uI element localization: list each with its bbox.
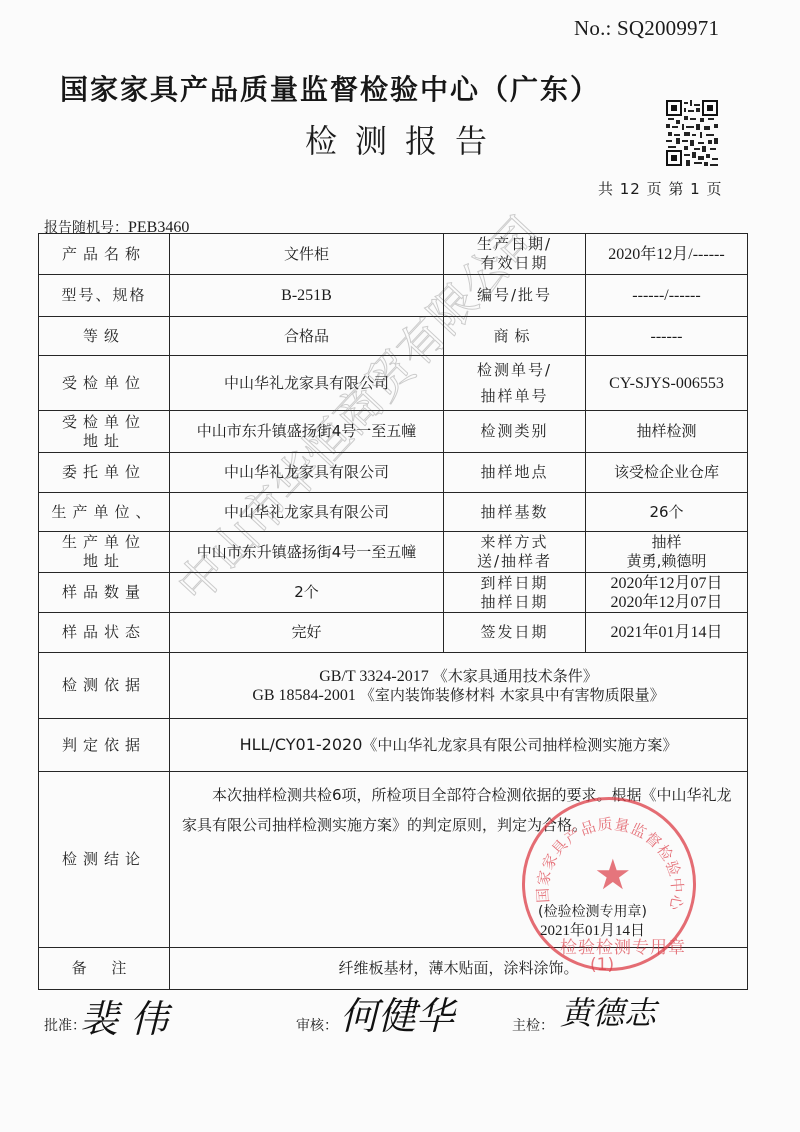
label-production-date: 生产日期/ 有效日期 [444,234,586,275]
label-grade: 等级 [39,317,170,356]
value-product-name: 文件柜 [170,234,444,275]
value-producer-address: 中山市东升镇盛扬街4号一至五幢 [170,532,444,573]
label-model: 型号、规格 [39,275,170,317]
value-client: 中山华礼龙家具有限公司 [170,453,444,493]
label-inspected-address: 受检单位 地址 [39,411,170,453]
page-info: 共 12 页 第 1 页 [598,178,722,199]
value-trademark: ------ [586,317,748,356]
value-sampling-method-type: 抽样 [590,533,743,552]
label-test-no: 检测单号/ 抽样单号 [444,356,586,411]
label-producer-address: 生产单位 地址 [39,532,170,573]
report-number: No.: SQ2009971 [574,16,719,41]
value-production-date: 2020年12月/------ [586,234,748,275]
label-sampling-date: 抽样日期 [448,593,581,612]
qr-code-icon [666,100,718,166]
value-issue-date: 2021年01月14日 [586,613,748,653]
label-sampling-method-line1: 来样方式 [448,533,581,552]
label-remarks: 备 注 [39,948,170,990]
value-arrival-date: 2020年12月07日 [590,574,743,593]
seal-star-icon: ★ [594,850,632,899]
chief-signature: 黄德志 [560,988,656,1034]
test-basis-code: GB/T 3324-2017 [319,668,428,685]
row-grade: 等级 合格品 商标 ------ [39,317,748,356]
value-sampling-method: 抽样 黄勇,赖德明 [586,532,748,573]
value-test-type: 抽样检测 [586,411,748,453]
seal-number: (1) [590,955,614,975]
chief-label: 主检： [512,1015,554,1035]
label-inspected-unit: 受检单位 [39,356,170,411]
value-test-basis: GB/T 3324-2017 《木家具通用技术条件》 GB 18584-2001… [170,653,748,719]
report-number-value: SQ2009971 [617,16,719,40]
label-production-date-line1: 生产日期/ [448,235,581,254]
label-product-name: 产品名称 [39,234,170,275]
label-judgment-basis: 判定依据 [39,719,170,772]
label-test-no-line1: 检测单号/ [448,357,581,383]
label-sampling-method: 来样方式 送/抽样者 [444,532,586,573]
label-issue-date: 签发日期 [444,613,586,653]
value-samplers: 黄勇,赖德明 [590,552,743,571]
report-number-label: No.: [574,16,612,40]
test-basis-title: 《室内装饰装修材料 木家具中有害物质限量》 [360,686,665,704]
value-sample-base: 26个 [586,493,748,532]
test-basis-item: GB 18584-2001 《室内装饰装修材料 木家具中有害物质限量》 [174,686,743,705]
label-sample-state: 样品状态 [39,613,170,653]
label-production-date-line2: 有效日期 [448,254,581,273]
row-judgment-basis: 判定依据 HLL/CY01-2020《中山华礼龙家具有限公司抽样检测实施方案》 [39,719,748,772]
label-producer: 生产单位、 [39,493,170,532]
value-judgment-basis: HLL/CY01-2020《中山华礼龙家具有限公司抽样检测实施方案》 [170,719,748,772]
value-model: B-251B [170,275,444,317]
row-producer: 生产单位、 中山华礼龙家具有限公司 抽样基数 26个 [39,493,748,532]
row-sample-state: 样品状态 完好 签发日期 2021年01月14日 [39,613,748,653]
row-product-name: 产品名称 文件柜 生产日期/ 有效日期 2020年12月/------ [39,234,748,275]
value-test-no: CY-SJYS-006553 [586,356,748,411]
row-inspected-unit: 受检单位 中山华礼龙家具有限公司 检测单号/ 抽样单号 CY-SJYS-0065… [39,356,748,411]
value-sampling-date: 2020年12月07日 [590,593,743,612]
row-sample-qty: 样品数量 2个 到样日期 抽样日期 2020年12月07日 2020年12月07… [39,573,748,613]
row-inspected-address: 受检单位 地址 中山市东升镇盛扬街4号一至五幢 检测类别 抽样检测 [39,411,748,453]
value-arrival-sampling-date: 2020年12月07日 2020年12月07日 [586,573,748,613]
test-basis-item: GB/T 3324-2017 《木家具通用技术条件》 [174,667,743,686]
label-sampling-place: 抽样地点 [444,453,586,493]
label-serial: 编号/批号 [444,275,586,317]
value-inspected-unit: 中山华礼龙家具有限公司 [170,356,444,411]
row-model: 型号、规格 B-251B 编号/批号 ------/------ [39,275,748,317]
label-producer-address-line1: 生产单位 [43,533,165,552]
approve-signature: 裴 伟 [80,988,168,1043]
test-basis-code: GB 18584-2001 [252,687,356,704]
label-producer-address-line2: 地址 [43,552,165,571]
seal-caption-label: (检验检测专用章) [538,903,647,922]
seal-caption: (检验检测专用章) 2021年01月14日 [538,903,647,941]
value-sampling-place: 该受检企业仓库 [586,453,748,493]
label-test-no-line2: 抽样单号 [448,383,581,409]
value-grade: 合格品 [170,317,444,356]
seal-date: 2021年01月14日 [538,922,647,941]
label-test-type: 检测类别 [444,411,586,453]
value-inspected-address: 中山市东升镇盛扬街4号一至五幢 [170,411,444,453]
label-sample-base: 抽样基数 [444,493,586,532]
judgment-basis-code: HLL/CY01-2020 [240,735,363,754]
value-sample-state: 完好 [170,613,444,653]
label-inspected-address-line1: 受检单位 [43,413,165,432]
label-trademark: 商标 [444,317,586,356]
row-test-basis: 检测依据 GB/T 3324-2017 《木家具通用技术条件》 GB 18584… [39,653,748,719]
test-basis-title: 《木家具通用技术条件》 [433,667,598,685]
value-producer: 中山华礼龙家具有限公司 [170,493,444,532]
value-sample-qty: 2个 [170,573,444,613]
label-conclusion: 检测结论 [39,772,170,948]
row-producer-address: 生产单位 地址 中山市东升镇盛扬街4号一至五幢 来样方式 送/抽样者 抽样 黄勇… [39,532,748,573]
label-sampling-method-line2: 送/抽样者 [448,552,581,571]
judgment-basis-title: 《中山华礼龙家具有限公司抽样检测实施方案》 [362,736,677,754]
label-sample-qty: 样品数量 [39,573,170,613]
review-signature: 何健华 [340,985,454,1040]
label-client: 委托单位 [39,453,170,493]
label-inspected-address-line2: 地址 [43,432,165,451]
review-label: 审核： [296,1015,338,1035]
label-test-basis: 检测依据 [39,653,170,719]
label-arrival-date: 到样日期 [448,574,581,593]
label-arrival-sampling-date: 到样日期 抽样日期 [444,573,586,613]
row-client: 委托单位 中山华礼龙家具有限公司 抽样地点 该受检企业仓库 [39,453,748,493]
organization-title: 国家家具产品质量监督检验中心（广东） [60,68,600,108]
value-serial: ------/------ [586,275,748,317]
